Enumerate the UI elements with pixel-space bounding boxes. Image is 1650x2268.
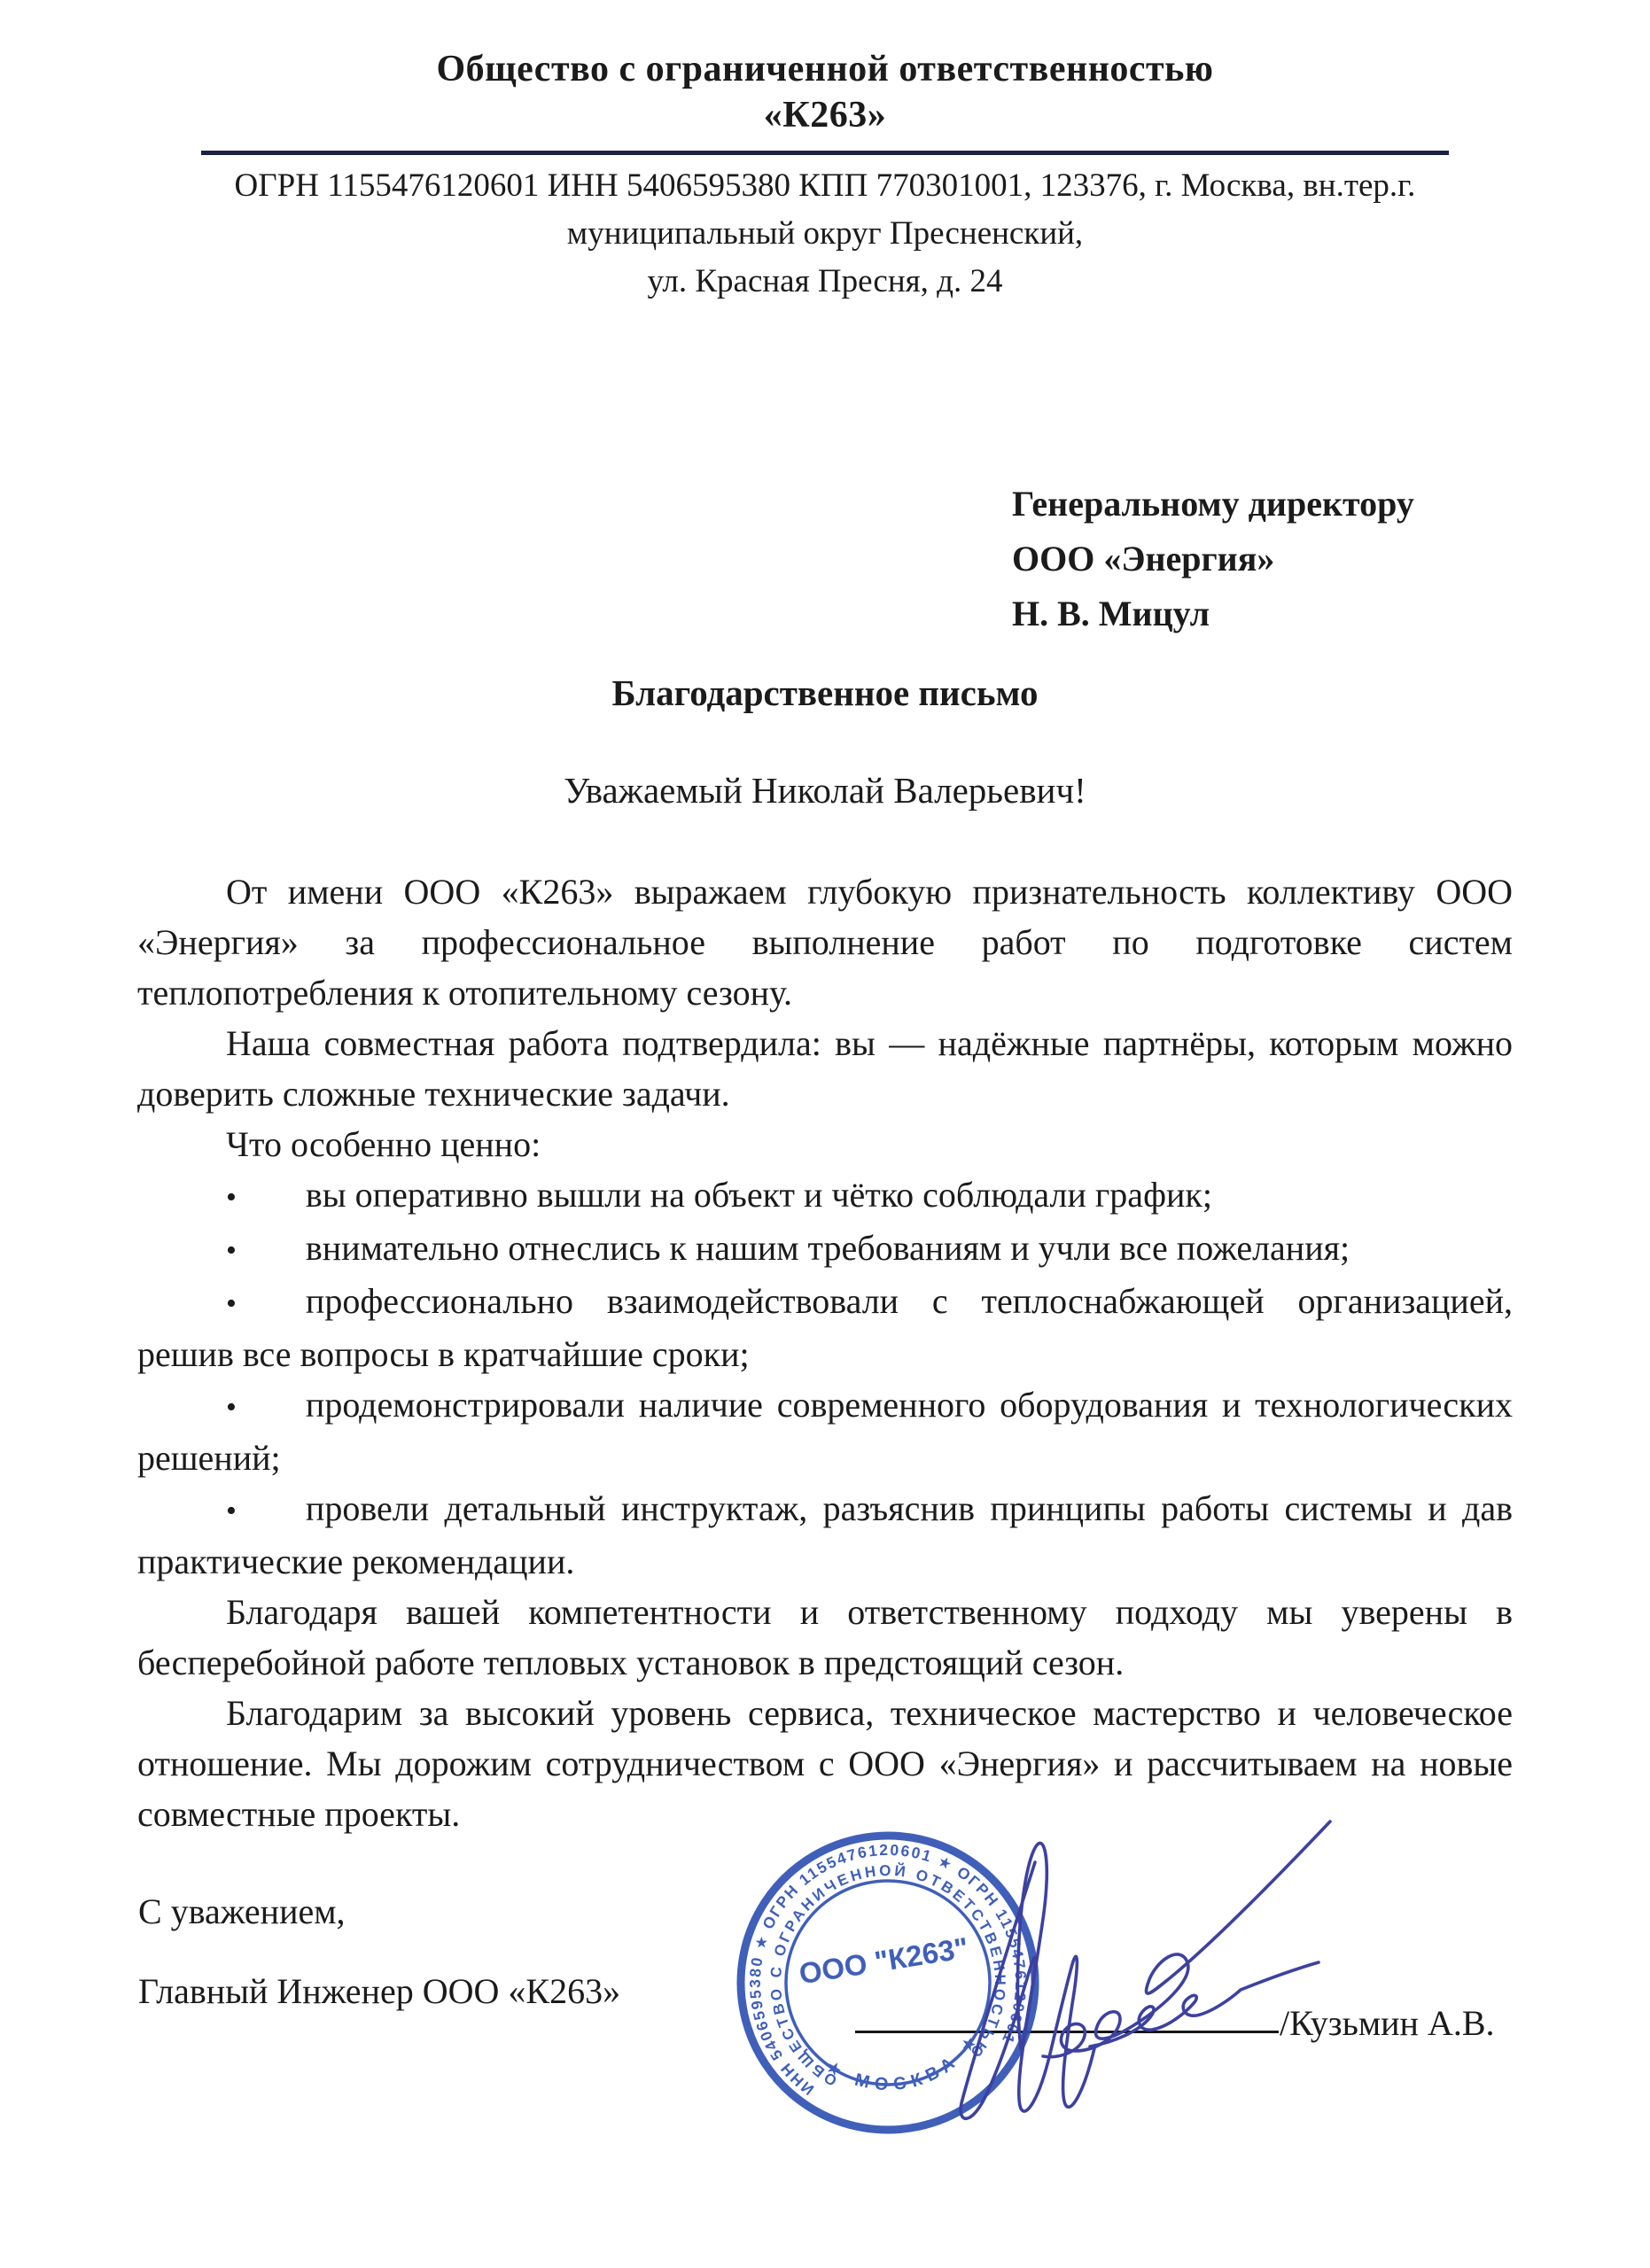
signoff-position: Главный Инженер ООО «К263» bbox=[138, 1970, 620, 2012]
paragraph: От имени ООО «К263» выражаем глубокую пр… bbox=[137, 866, 1513, 1018]
bullet-item-text: вы оперативно вышли на объект и чётко со… bbox=[306, 1175, 1212, 1215]
requisites-line: ОГРН 1155476120601 ИНН 5406595380 КПП 77… bbox=[0, 162, 1650, 210]
paragraph: Наша совместная работа подтвердила: вы —… bbox=[137, 1018, 1513, 1119]
bullet-item: •продемонстрировали наличие современного… bbox=[137, 1379, 1513, 1483]
recipient-name: Н. В. Мицул bbox=[1012, 586, 1414, 641]
org-name-title: «К263» bbox=[0, 92, 1650, 138]
bullet-item-text: провели детальный инструктаж, разъяснив … bbox=[137, 1488, 1513, 1581]
signoff-regards: С уважением, bbox=[138, 1891, 346, 1932]
org-requisites: ОГРН 1155476120601 ИНН 5406595380 КПП 77… bbox=[0, 162, 1650, 306]
bullet-item: •вы оперативно вышли на объект и чётко с… bbox=[137, 1169, 1513, 1223]
org-type-title: Общество с ограниченной ответственностью bbox=[0, 46, 1650, 92]
letter-title: Благодарственное письмо bbox=[137, 672, 1513, 714]
bullet-icon: • bbox=[226, 1287, 237, 1320]
bullet-item-text: профессионально взаимодействовали с тепл… bbox=[137, 1281, 1513, 1374]
bullet-icon: • bbox=[226, 1181, 237, 1214]
bullet-icon: • bbox=[226, 1234, 237, 1267]
salutation: Уважаемый Николай Валерьевич! bbox=[137, 769, 1513, 812]
bullet-icon: • bbox=[226, 1495, 237, 1527]
letterhead: Общество с ограниченной ответственностью… bbox=[0, 46, 1650, 306]
paragraph: Что особенно ценно: bbox=[137, 1119, 1513, 1169]
recipient-company: ООО «Энергия» bbox=[1012, 532, 1414, 586]
bullet-icon: • bbox=[226, 1391, 237, 1424]
bullet-item-text: внимательно отнеслись к нашим требования… bbox=[306, 1228, 1350, 1268]
recipient-position: Генеральному директору bbox=[1012, 477, 1414, 532]
bullet-item: •внимательно отнеслись к нашим требовани… bbox=[137, 1223, 1513, 1276]
handwritten-signature-icon bbox=[798, 1781, 1400, 2153]
bullet-item-text: продемонстрировали наличие современного … bbox=[137, 1385, 1513, 1478]
bullet-item: •профессионально взаимодействовали с теп… bbox=[137, 1276, 1513, 1379]
requisites-line: ул. Красная Пресня, д. 24 bbox=[0, 258, 1650, 306]
letter-page: Общество с ограниченной ответственностью… bbox=[0, 0, 1650, 2268]
letterhead-divider bbox=[201, 151, 1449, 155]
paragraph: Благодаря вашей компетентности и ответст… bbox=[137, 1587, 1513, 1688]
requisites-line: муниципальный округ Пресненский, bbox=[0, 210, 1650, 258]
letter-body: От имени ООО «К263» выражаем глубокую пр… bbox=[137, 866, 1513, 1839]
bullet-item: •провели детальный инструктаж, разъяснив… bbox=[137, 1483, 1513, 1587]
recipient-block: Генеральному директору ООО «Энергия» Н. … bbox=[1012, 477, 1414, 641]
